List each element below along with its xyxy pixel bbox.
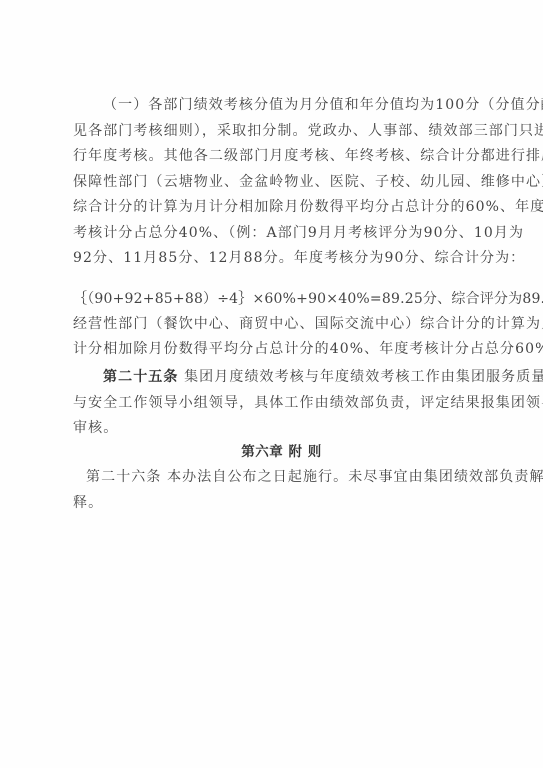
paragraph-1-line-10: 计分相加除月份数得平均分占总计分的40%、年度考核计分占总分60%。: [73, 339, 473, 359]
paragraph-1-line-2: 见各部门考核细则），采取扣分制。党政办、人事部、绩效部三部门只进: [73, 121, 473, 141]
article-25-line-1: 第二十五条 集团月度绩效考核与年度绩效考核工作由集团服务质量: [103, 367, 473, 387]
paragraph-1-line-6: 考核计分占总分40%、（例：A部门9月月考核评分为90分、10月为: [73, 223, 473, 243]
article-26-line-1: 第二十六条 本办法自公布之日起施行。未尽事宜由集团绩效部负责解: [86, 467, 473, 487]
article-25-label: 第二十五条: [103, 369, 179, 385]
article-25-line-3: 审核。: [73, 418, 473, 438]
paragraph-1-line-7: 92分、11月85分、12月88分。年度考核分为90分、综合计分为：: [73, 248, 473, 268]
paragraph-1-line-3: 行年度考核。其他各二级部门月度考核、年终考核、综合计分都进行排序。: [73, 146, 473, 166]
paragraph-1-line-5: 综合计分的计算为月计分相加除月份数得平均分占总计分的60%、年度: [73, 197, 473, 217]
article-26-label: 第二十六条: [86, 469, 162, 485]
paragraph-1-line-4: 保障性部门（云塘物业、金盆岭物业、医院、子校、幼儿园、维修中心）: [73, 172, 473, 192]
paragraph-1-line-1: （一）各部门绩效考核分值为月分值和年分值均为100分（分值分配: [103, 95, 473, 115]
document-page: （一）各部门绩效考核分值为月分值和年分值均为100分（分值分配 见各部门考核细则…: [0, 0, 543, 768]
paragraph-1-line-8: ｛（90+92+85+88）÷4｝×60%+90×40%=89.25分、综合评分…: [73, 289, 473, 309]
article-26-line-2: 释。: [73, 493, 473, 513]
article-25-line-2: 与安全工作领导小组领导，具体工作由绩效部负责，评定结果报集团领导: [73, 393, 473, 413]
paragraph-1-line-9: 经营性部门（餐饮中心、商贸中心、国际交流中心）综合计分的计算为月: [73, 314, 473, 334]
article-26-text-1: 本办法自公布之日起施行。未尽事宜由集团绩效部负责解: [167, 469, 543, 485]
chapter-heading: 第六章 附 则: [10, 442, 543, 462]
article-25-text-1: 集团月度绩效考核与年度绩效考核工作由集团服务质量: [184, 369, 543, 385]
